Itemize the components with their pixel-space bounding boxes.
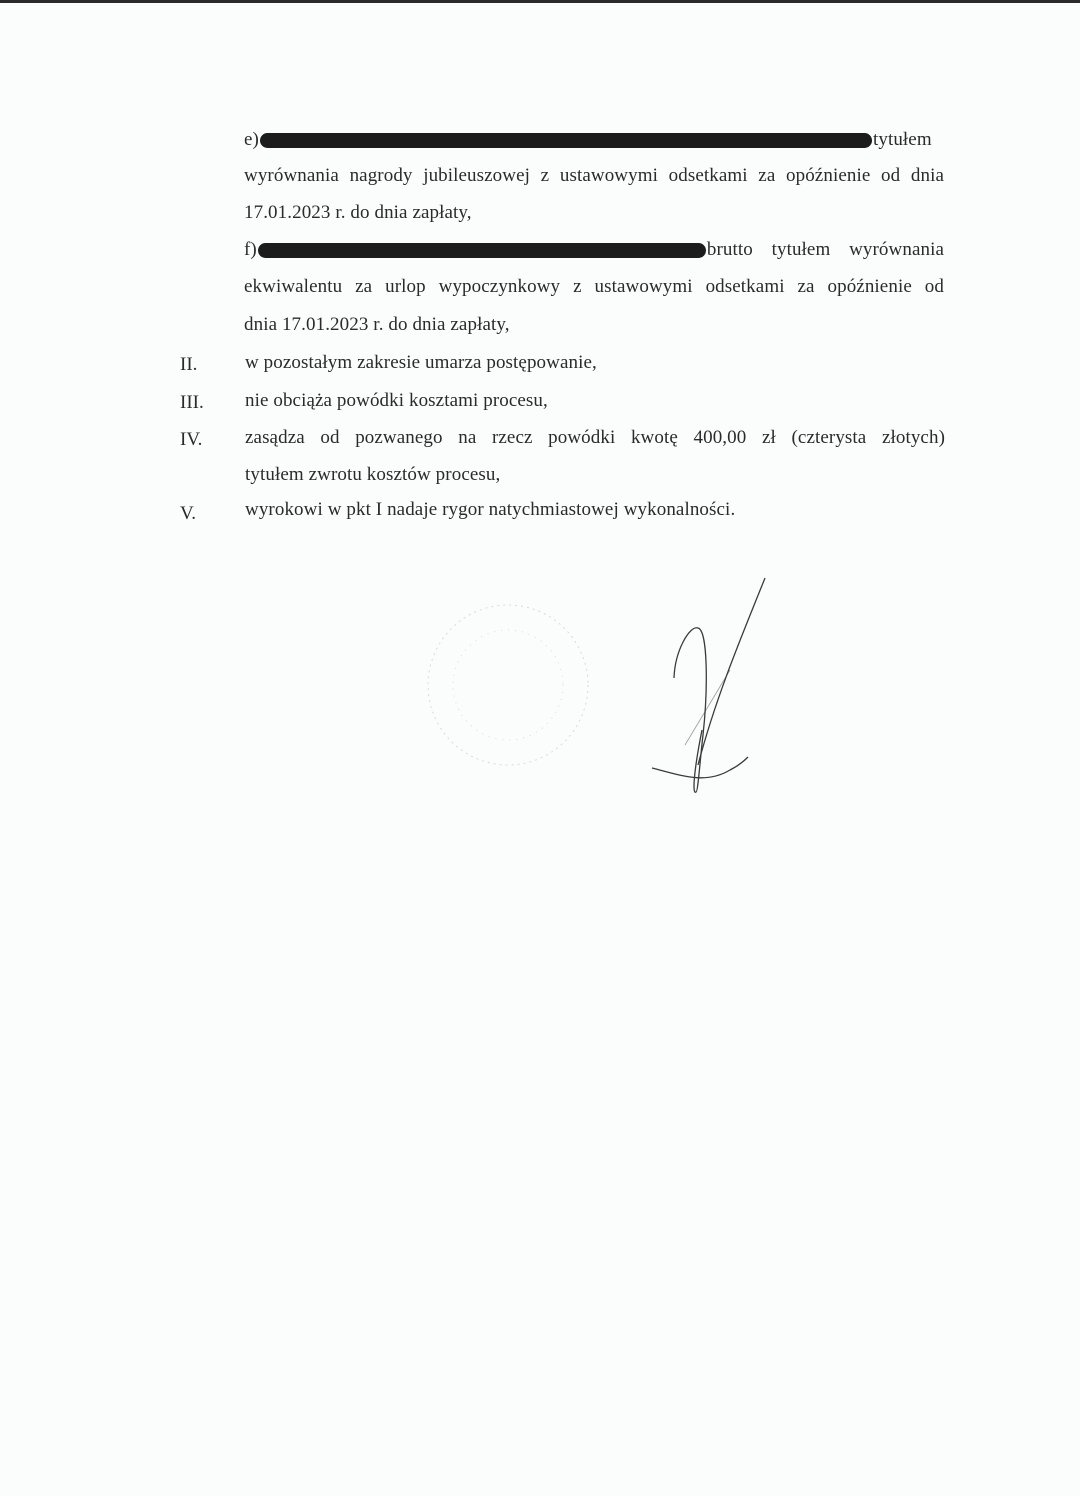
item-f-text-tail: brutto tytułem wyrównania <box>707 239 944 260</box>
point-numeral: V. <box>180 502 196 526</box>
signature-icon <box>652 578 765 792</box>
item-e-text-tail: tytułem <box>873 129 932 150</box>
point-numeral: IV. <box>180 428 202 452</box>
item-e-line-2: wyrównania nagrody jubileuszowej z ustaw… <box>244 164 944 188</box>
stamp-icon <box>428 605 588 765</box>
redaction-bar <box>260 133 872 148</box>
point-text: w pozostałym zakresie umarza postępowani… <box>245 351 597 375</box>
top-edge-border <box>0 0 1080 3</box>
redaction-bar <box>258 243 706 258</box>
item-f-line-1: f)brutto tytułem wyrównania <box>244 238 944 262</box>
point-text: tytułem zwrotu kosztów procesu, <box>245 463 500 487</box>
point-text: zasądza od pozwanego na rzecz powódki kw… <box>245 426 945 450</box>
item-e-line-1: e)tytułem <box>244 128 944 152</box>
point-text: nie obciąża powódki kosztami procesu, <box>245 389 548 413</box>
item-f-marker: f) <box>244 239 257 260</box>
point-numeral: III. <box>180 391 204 415</box>
item-e-marker: e) <box>244 129 259 150</box>
point-numeral: II. <box>180 353 197 377</box>
point-text: wyrokowi w pkt I nadaje rygor natychmias… <box>245 498 735 522</box>
item-f-line-3: dnia 17.01.2023 r. do dnia zapłaty, <box>244 313 510 337</box>
item-f-line-2: ekwiwalentu za urlop wypoczynkowy z usta… <box>244 275 944 299</box>
signature-area <box>330 570 850 810</box>
item-e-line-3: 17.01.2023 r. do dnia zapłaty, <box>244 201 472 225</box>
